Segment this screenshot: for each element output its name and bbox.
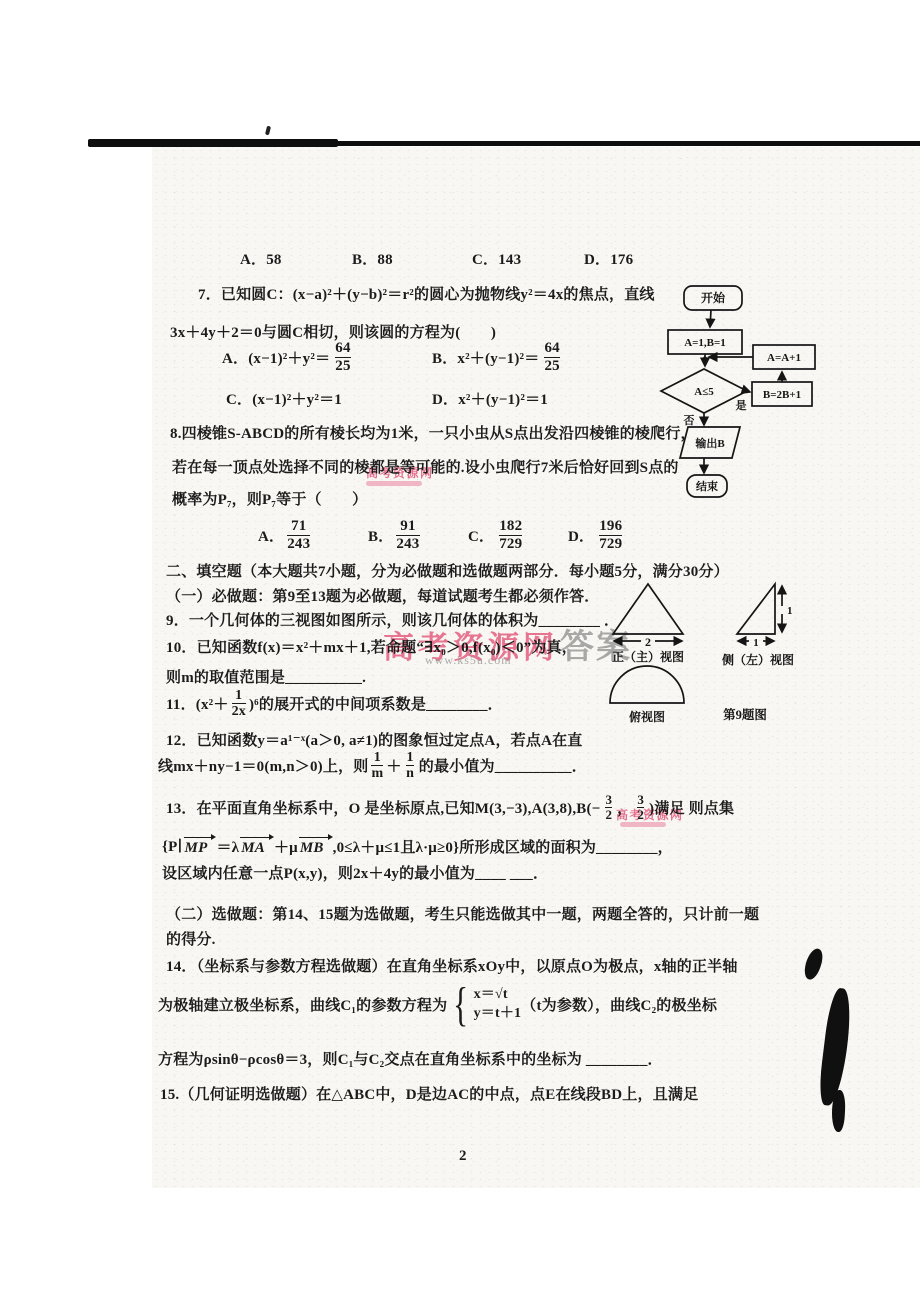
question-13-line-3: 设区域内任意一点P(x,y)，则2x＋4y的最小值为____ ___． [162,862,548,883]
question-8-line-1: 8.四棱锥S-ABCD的所有棱长均为1米，一只小虫从S点出发沿四棱锥的棱爬行， [170,422,696,443]
question-9-line: 9．一个几何体的三视图如图所示，则该几何体的体积为________ ． [166,609,619,630]
question-8-line-2: 若在每一顶点处选择不同的棱都是等可能的.设小虫爬行7米后恰好回到S点的 [172,456,679,477]
q14-system-equations: x＝√t y＝t＋1 [474,986,522,1024]
question-11-line: 11．(x²＋ 1 2x )⁶的展开式的中间项系数是________． [166,688,503,720]
q6-option-d: D．176 [584,248,633,269]
three-view-diagram: 2 正（主）视图 1 1 侧（左）视图 俯视图 第9题图 [585,568,820,733]
page-number: 2 [459,1148,467,1165]
flowchart-junction-dot [703,357,706,360]
choose-section-line-2: 的得分. [166,928,216,949]
q8-option-b-letter: B． [368,525,393,546]
question-8-line-3: 概率为P₇，则P₇等于（ ） [172,488,367,509]
flowchart-arrow-diamond-loop [747,391,750,392]
watermark-small-2-bar [620,822,666,827]
q8-option-d-letter: D． [568,525,594,546]
q13-mid-1: ＝λ [216,836,239,857]
program-flowchart: 开始 A=1,B=1 A=A+1 A≤5 B=2B+1 是 否 输出B 结束 [640,278,835,513]
q13-vector-mp: MP [183,837,217,857]
q7-option-c: C．(x−1)²＋y²＝1 [226,388,342,409]
side-view-height-dimension: 1 [787,605,793,617]
q7-option-a-text: A．(x−1)²＋y²＝ [222,347,330,368]
front-view-dimension: 2 [645,635,651,649]
q11-prefix: 11．(x²＋ [166,693,229,714]
scan-top-edge-line [88,141,920,146]
front-view-label: 正（主）视图 [612,649,684,664]
q12-suffix: 的最小值为__________． [419,755,587,776]
q13-mid-2: ＋μ [274,836,298,857]
q13-fraction-1: 3 2 [603,793,614,823]
flowchart-init-label: A=1,B=1 [684,337,726,349]
top-view-semicircle [610,666,684,703]
q7-option-d: D．x²＋(y−1)²＝1 [432,388,548,409]
q8-option-d: D． 196 729 [568,518,627,552]
q6-option-a: A．58 [240,248,282,269]
figure-caption: 第9题图 [723,707,767,722]
q8-option-a-letter: A． [258,525,284,546]
q11-suffix: )⁶的展开式的中间项系数是________． [249,693,503,714]
q13-vector-mb: MB [298,837,333,857]
flowchart-output-label: 输出B [694,436,725,450]
flowchart-yes-label: 是 [736,398,747,412]
question-14-line-3: 方程为ρsinθ−ρcosθ＝3，则C₁与C₂交点在直角坐标系中的坐标为 ___… [158,1048,663,1069]
flowchart-no-label: 否 [684,413,695,427]
question-12-line-2: 线mx＋ny−1＝0(m,n＞0)上，则 1 m ＋ 1 n 的最小值为____… [158,750,587,782]
question-15-line: 15.（几何证明选做题）在△ABC中，D是边AC的中点，点E在线段BD上，且满足 [160,1083,698,1104]
q12-plus: ＋ [386,755,401,776]
q14-equation-x: x＝√t [474,986,522,1005]
q8-option-c-letter: C． [468,525,494,546]
q11-fraction: 1 2x [232,688,246,720]
side-view-width-dimension: 1 [753,637,759,649]
q8-option-c: C． 182 729 [468,518,527,552]
q13-suffix-2: ,0≤λ＋μ≤1且λ·μ≥0}所形成区域的面积为________， [333,836,673,857]
flowchart-condition-label: A≤5 [694,386,714,398]
top-view-label: 俯视图 [629,709,665,724]
flowchart-increment-label: A=A+1 [767,352,801,364]
q13-prefix: 13．在平面直角坐标系中，O 是坐标原点,已知M(3,−3),A(3,8),B(… [166,797,600,818]
question-10-line-2: 则m的取值范围是__________. [166,666,366,687]
q7-option-a: A．(x−1)²＋y²＝ 64 25 [222,340,356,374]
scan-speck-mark [265,126,271,136]
question-13-line-2: {P∣ MP ＝λ MA ＋μ MB ,0≤λ＋μ≤1且λ·μ≥0}所形成区域的… [162,836,673,857]
q12-fraction-2: 1 n [405,750,416,782]
side-view-triangle [737,584,775,634]
q14-suffix: （t为参数），曲线C₂的极坐标 [521,994,717,1015]
front-view-triangle [613,584,683,634]
question-7-line-1: 7．已知圆C：(x−a)²＋(y−b)²＝r²的圆心为抛物线y²＝4x的焦点，直… [198,283,655,304]
flowchart-end-label: 结束 [696,479,718,493]
flowchart-loop-label: B=2B+1 [763,389,801,401]
question-12-line-1: 12．已知函数y＝a¹⁻ˣ(a＞0, a≠1)的图象恒过定点A，若点A在直 [166,729,583,750]
q13-suffix-1: )满足 则点集 [649,797,734,818]
q13-fraction-2: 3 2 [635,793,646,823]
q14-equation-y: y＝t＋1 [474,1005,522,1024]
side-view-label: 侧（左）视图 [721,652,794,667]
question-7-line-2: 3x＋4y＋2＝0与圆C相切，则该圆的方程为( ) [170,321,496,342]
flowchart-start-label: 开始 [701,290,726,305]
q8-option-a: A． 71 243 [258,518,313,552]
q7-option-b-text: B．x²＋(y−1)²＝ [432,347,539,368]
q13-vector-ma: MA [239,837,274,857]
q8-option-d-fraction: 196 729 [597,518,624,552]
q6-option-b: B．88 [352,248,393,269]
q6-option-c: C．143 [472,248,521,269]
question-14-line-1: 14．（坐标系与参数方程选做题）在直角坐标系xOy中，以原点O为极点，x轴的正半… [166,955,738,976]
q7-option-b: B．x²＋(y−1)²＝ 64 25 [432,340,565,374]
q14-parametric-system: { x＝√t y＝t＋1 [447,983,521,1026]
q13-comma: ， [617,797,632,818]
q7-option-a-fraction: 64 25 [333,340,352,374]
flowchart-arrow-start-init [710,310,711,327]
q12-prefix: 线mx＋ny−1＝0(m,n＞0)上，则 [158,755,368,776]
q14-system-brace: { [453,983,468,1026]
q8-option-c-fraction: 182 729 [497,518,524,552]
watermark-small-1-bar [366,481,422,486]
q13-set-open: {P∣ [162,837,183,856]
question-10-line-1: 10．已知函数f(x)＝x²＋mx＋1,若命题“∃x₀＞0,f(x₀)＜0”为真… [166,636,577,657]
q7-option-b-fraction: 64 25 [542,340,561,374]
q8-option-b: B． 91 243 [368,518,423,552]
q8-option-a-fraction: 71 243 [287,518,310,552]
question-14-line-2: 为极轴建立极坐标系，曲线C₁的参数方程为 { x＝√t y＝t＋1 （t为参数）… [158,983,717,1026]
choose-section-line-1: （二）选做题：第14、15题为选做题，考生只能选做其中一题，两题全答的，只计前一… [166,903,759,924]
q8-option-b-fraction: 91 243 [396,518,419,552]
q14-prefix: 为极轴建立极坐标系，曲线C₁的参数方程为 [158,994,447,1015]
fill-section-must-note: （一）必做题：第9至13题为必做题，每道试题考生都必须作答． [166,585,600,606]
q12-fraction-1: 1 m [371,750,383,782]
question-13-line-1: 13．在平面直角坐标系中，O 是坐标原点,已知M(3,−3),A(3,8),B(… [166,793,734,823]
